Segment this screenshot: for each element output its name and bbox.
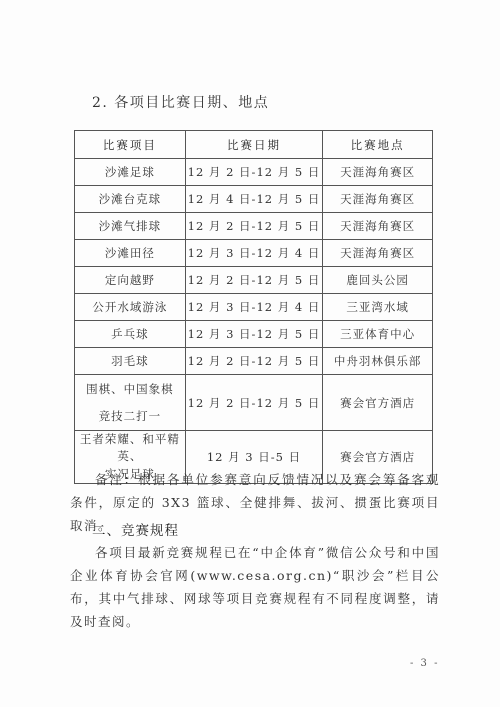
event-line: 竞技二打一: [75, 403, 185, 429]
header-date: 比赛日期: [185, 131, 323, 159]
event-cell: 乒乓球: [75, 321, 186, 348]
event-cell: 沙滩气排球: [75, 213, 186, 240]
header-venue: 比赛地点: [323, 131, 433, 159]
schedule-table: 比赛项目 比赛日期 比赛地点 沙滩足球 12 月 2 日-12 月 5 日 天涯…: [74, 130, 433, 484]
venue-cell: 中舟羽林俱乐部: [323, 348, 433, 375]
table-row: 定向越野 12 月 2 日-12 月 5 日 鹿回头公园: [75, 267, 433, 294]
venue-cell: 天涯海角赛区: [323, 159, 433, 186]
venue-cell: 天涯海角赛区: [323, 186, 433, 213]
date-cell: 12 月 3 日-12 月 4 日: [185, 240, 323, 267]
table-row: 沙滩气排球 12 月 2 日-12 月 5 日 天涯海角赛区: [75, 213, 433, 240]
table-header-row: 比赛项目 比赛日期 比赛地点: [75, 131, 433, 159]
table-row: 围棋、中国象棋 竞技二打一 12 月 2 日-12 月 5 日 赛会官方酒店: [75, 375, 433, 431]
event-cell: 公开水域游泳: [75, 294, 186, 321]
date-cell: 12 月 2 日-12 月 5 日: [185, 213, 323, 240]
document-page: 2. 各项目比赛日期、地点 比赛项目 比赛日期 比赛地点 沙滩足球 12 月 2…: [0, 0, 500, 707]
event-cell: 沙滩足球: [75, 159, 186, 186]
venue-cell: 天涯海角赛区: [323, 213, 433, 240]
venue-cell: 鹿回头公园: [323, 267, 433, 294]
event-line: 王者荣耀、和平精英、: [75, 431, 185, 466]
table-row: 沙滩田径 12 月 3 日-12 月 4 日 天涯海角赛区: [75, 240, 433, 267]
venue-cell: 天涯海角赛区: [323, 240, 433, 267]
table-row: 沙滩足球 12 月 2 日-12 月 5 日 天涯海角赛区: [75, 159, 433, 186]
date-cell: 12 月 2 日-12 月 5 日: [185, 159, 323, 186]
date-cell: 12 月 2 日-12 月 5 日: [185, 375, 323, 431]
table-row: 羽毛球 12 月 2 日-12 月 5 日 中舟羽林俱乐部: [75, 348, 433, 375]
table-row: 乒乓球 12 月 3 日-12 月 5 日 三亚体育中心: [75, 321, 433, 348]
date-cell: 12 月 3 日-12 月 4 日: [185, 294, 323, 321]
rules-paragraph: 各项目最新竞赛规程已在“中企体育”微信公众号和中国企业体育协会官网(www.ce…: [70, 541, 440, 633]
event-line: 围棋、中国象棋: [75, 376, 185, 402]
venue-cell: 赛会官方酒店: [323, 375, 433, 431]
date-cell: 12 月 4 日-12 月 5 日: [185, 186, 323, 213]
date-cell: 12 月 2 日-12 月 5 日: [185, 267, 323, 294]
header-event: 比赛项目: [75, 131, 186, 159]
section-heading: 二、竞赛规程: [92, 519, 179, 539]
event-cell: 围棋、中国象棋 竞技二打一: [75, 375, 186, 431]
date-cell: 12 月 3 日-12 月 5 日: [185, 321, 323, 348]
table-row: 公开水域游泳 12 月 3 日-12 月 4 日 三亚湾水域: [75, 294, 433, 321]
event-cell: 沙滩台克球: [75, 186, 186, 213]
venue-cell: 三亚湾水域: [323, 294, 433, 321]
section-title: 2. 各项目比赛日期、地点: [92, 92, 269, 112]
date-cell: 12 月 2 日-12 月 5 日: [185, 348, 323, 375]
event-cell: 定向越野: [75, 267, 186, 294]
table-row: 沙滩台克球 12 月 4 日-12 月 5 日 天涯海角赛区: [75, 186, 433, 213]
event-cell: 沙滩田径: [75, 240, 186, 267]
event-cell: 羽毛球: [75, 348, 186, 375]
page-number: - 3 -: [410, 658, 439, 669]
venue-cell: 三亚体育中心: [323, 321, 433, 348]
